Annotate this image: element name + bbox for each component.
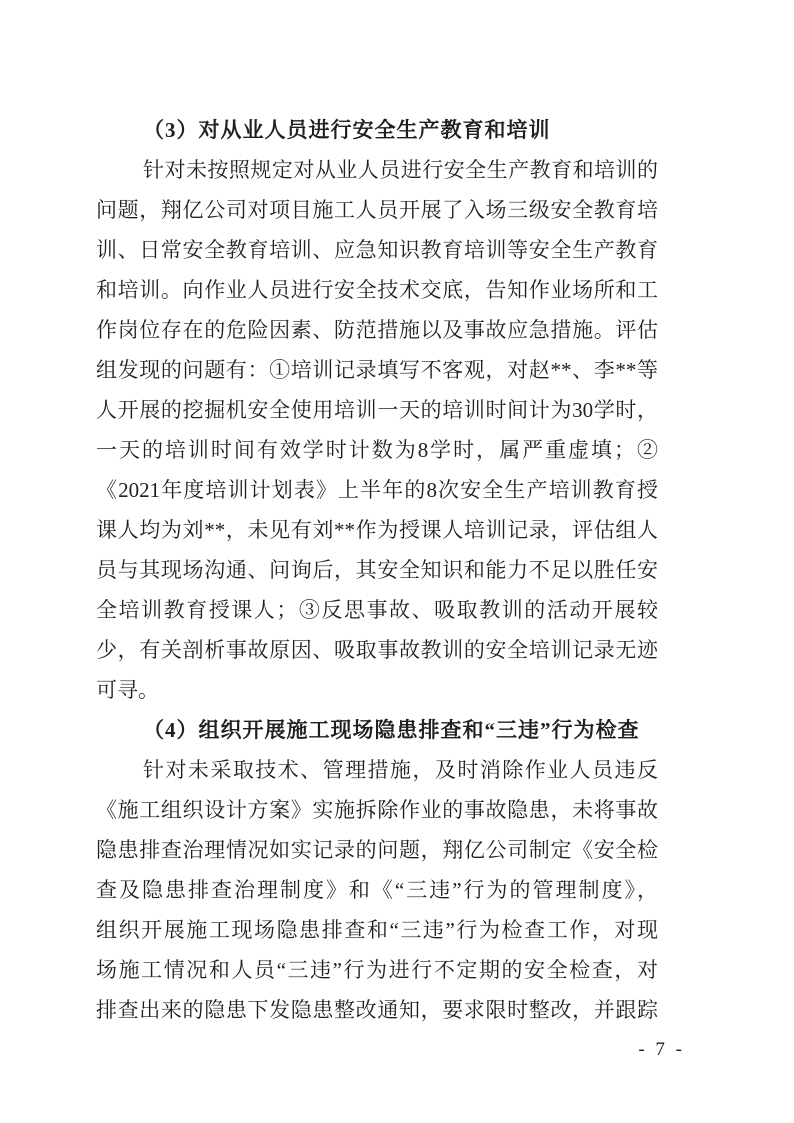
text-line: 全培训教育授课人；③反思事故、吸取教训的活动开展较 <box>96 590 658 630</box>
page-number: - 7 - <box>638 1030 685 1070</box>
section-heading-4: （4）组织开展施工现场隐患排查和“三违”行为检查 <box>96 710 658 750</box>
text-line: 少，有关剖析事故原因、吸取事故教训的安全培训记录无迹 <box>96 630 658 670</box>
text-line: 隐患排查治理情况如实记录的问题，翔亿公司制定《安全检 <box>96 830 658 870</box>
text-line: 场施工情况和人员“三违”行为进行不定期的安全检查，对 <box>96 950 658 990</box>
text-line: 《施工组织设计方案》实施拆除作业的事故隐患，未将事故 <box>96 790 658 830</box>
section-heading-3: （3）对从业人员进行安全生产教育和培训 <box>96 110 658 150</box>
text-line: 针对未采取技术、管理措施，及时消除作业人员违反 <box>96 750 658 790</box>
text-line: 针对未按照规定对从业人员进行安全生产教育和培训的 <box>96 150 658 190</box>
text-line: 人开展的挖掘机安全使用培训一天的培训时间计为30学时， <box>96 390 658 430</box>
text-line: 训、日常安全教育培训、应急知识教育培训等安全生产教育 <box>96 230 658 270</box>
document-page: （3）对从业人员进行安全生产教育和培训 针对未按照规定对从业人员进行安全生产教育… <box>0 0 794 1123</box>
text-line: 组发现的问题有：①培训记录填写不客观，对赵**、李**等 <box>96 350 658 390</box>
text-line: 和培训。向作业人员进行安全技术交底，告知作业场所和工 <box>96 270 658 310</box>
text-line: 课人均为刘**，未见有刘**作为授课人培训记录，评估组人 <box>96 510 658 550</box>
text-line: 问题，翔亿公司对项目施工人员开展了入场三级安全教育培 <box>96 190 658 230</box>
text-line: 作岗位存在的危险因素、防范措施以及事故应急措施。评估 <box>96 310 658 350</box>
text-line: 排查出来的隐患下发隐患整改通知，要求限时整改，并跟踪 <box>96 990 658 1030</box>
text-line: 组织开展施工现场隐患排查和“三违”行为检查工作，对现 <box>96 910 658 950</box>
text-line: 《2021年度培训计划表》上半年的8次安全生产培训教育授 <box>96 470 658 510</box>
text-line: 可寻。 <box>96 670 658 710</box>
text-line: 一天的培训时间有效学时计数为8学时，属严重虚填；② <box>96 430 658 470</box>
text-line: 员与其现场沟通、问询后，其安全知识和能力不足以胜任安 <box>96 550 658 590</box>
text-line: 查及隐患排查治理制度》和《“三违”行为的管理制度》， <box>96 870 658 910</box>
document-body: （3）对从业人员进行安全生产教育和培训 针对未按照规定对从业人员进行安全生产教育… <box>96 110 658 1030</box>
